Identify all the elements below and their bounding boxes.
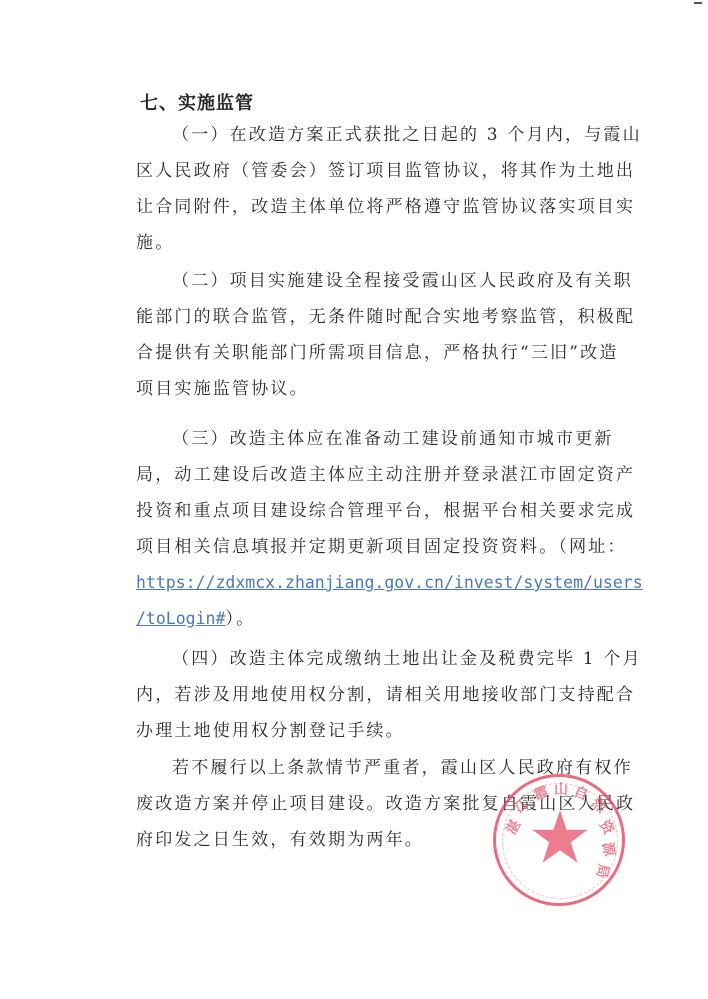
- paragraph-line: 项目相关信息填报并定期更新项目固定投资资料。（网址：: [100, 529, 620, 565]
- paragraph-line: 能部门的联合监管，无条件随时配合实地考察监管，积极配: [100, 299, 620, 335]
- star-icon: [530, 807, 590, 867]
- paragraph-line: （三）改造主体应在准备动工建设前通知市城市更新: [100, 421, 620, 457]
- paragraph-line: 让合同附件，改造主体单位将严格遵守监管协议落实项目实: [100, 189, 620, 225]
- paragraph-line: 区人民政府（管委会）签订项目监管协议，将其作为土地出: [100, 153, 620, 189]
- paragraph-line: 项目实施监管协议。: [100, 371, 620, 407]
- paragraph-4: （四）改造主体完成缴纳土地出让金及税费完毕 1 个月 内，若涉及用地使用权分割，…: [100, 641, 620, 749]
- scan-mark: [694, 2, 702, 4]
- paragraph-2: （二）项目实施建设全程接受霞山区人民政府及有关职 能部门的联合监管，无条件随时配…: [100, 263, 620, 407]
- paragraph-1: （一）在改造方案正式获批之日起的 3 个月内，与霞山 区人民政府（管委会）签订项…: [100, 117, 620, 261]
- paragraph-line: 内，若涉及用地使用权分割，请相关用地接收部门支持配合: [100, 677, 620, 713]
- seal-text: 山: [554, 779, 568, 799]
- paragraph-line: （一）在改造方案正式获批之日起的 3 个月内，与霞山: [100, 117, 620, 153]
- link-suffix: ）。: [225, 609, 255, 629]
- official-seal: 湛 江 霞 山 自 然 资 源 局: [493, 774, 625, 906]
- paragraph-line: 合提供有关职能部门所需项目信息，严格执行“三旧”改造: [100, 335, 620, 371]
- paragraph-line: 办理土地使用权分割登记手续。: [100, 713, 620, 749]
- paragraph-line: （二）项目实施建设全程接受霞山区人民政府及有关职: [100, 263, 620, 299]
- platform-url-link-continued[interactable]: /toLogin#: [136, 609, 225, 628]
- paragraph-line: 施。: [100, 225, 620, 261]
- paragraph-3: （三）改造主体应在准备动工建设前通知市城市更新 局，动工建设后改造主体应主动注册…: [100, 421, 620, 637]
- platform-url-link[interactable]: https://zdxmcx.zhanjiang.gov.cn/invest/s…: [136, 573, 643, 592]
- section-heading: 七、实施监管: [140, 89, 254, 115]
- paragraph-line: 投资和重点项目建设综合管理平台，根据平台相关要求完成: [100, 493, 620, 529]
- paragraph-line: 局，动工建设后改造主体应主动注册并登录湛江市固定资产: [100, 457, 620, 493]
- document-page: 七、实施监管 （一）在改造方案正式获批之日起的 3 个月内，与霞山 区人民政府（…: [0, 0, 708, 999]
- paragraph-line: （四）改造主体完成缴纳土地出让金及税费完毕 1 个月: [100, 641, 620, 677]
- seal-text: 源: [598, 840, 620, 857]
